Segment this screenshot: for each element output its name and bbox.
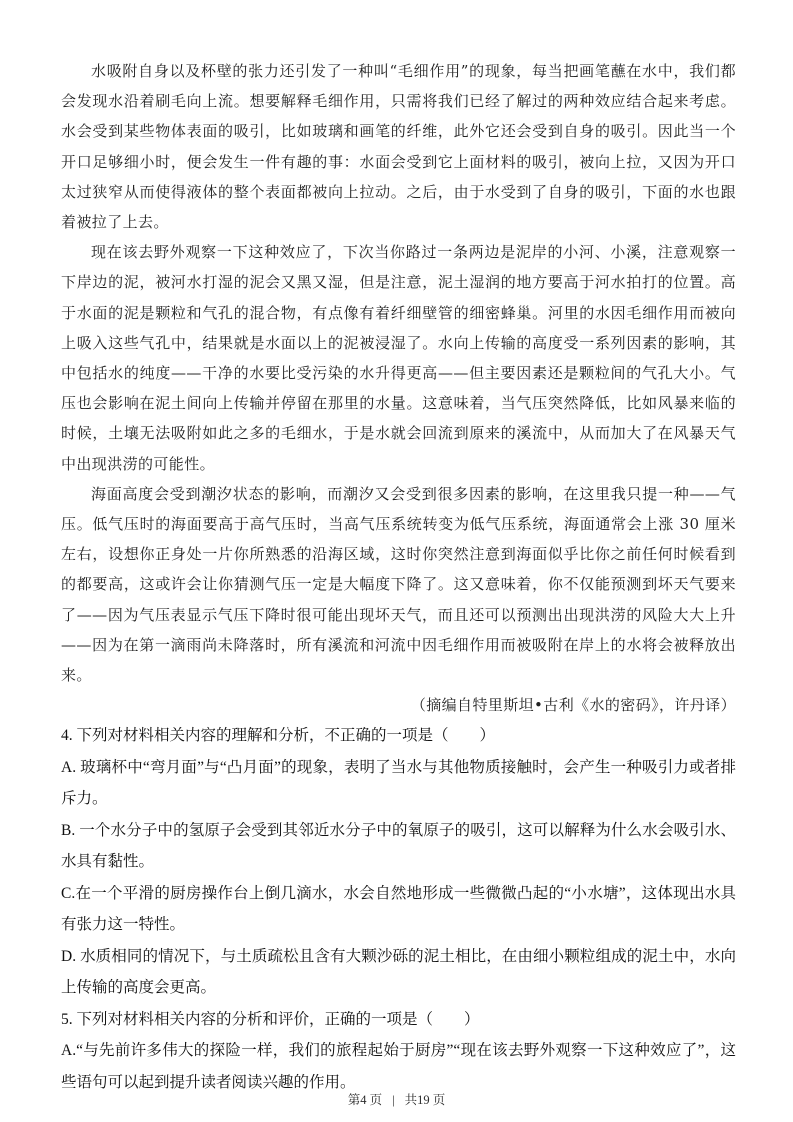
question-4-option-b: B. 一个水分子中的氢原子会受到其邻近水分子中的氧原子的吸引，这可以解释为什么水… — [61, 815, 736, 878]
passage-paragraph-3: 海面高度会受到潮汐状态的影响，而潮汐又会受到很多因素的影响，在这里我只提一种——… — [61, 479, 736, 690]
question-5-stem: 5. 下列对材料相关内容的分析和评价，正确的一项是（ ） — [61, 1004, 736, 1036]
question-4-option-a: A. 玻璃杯中“弯月面”与“凸月面”的现象，表明了当水与其他物质接触时，会产生一… — [61, 752, 736, 815]
passage-paragraph-2: 现在该去野外观察一下这种效应了，下次当你路过一条两边是泥岸的小河、小溪，注意观察… — [61, 237, 736, 479]
footer-current-page: 第4 页 — [348, 1093, 382, 1107]
questions-section: 4. 下列对材料相关内容的理解和分析，不正确的一项是（ ） A. 玻璃杯中“弯月… — [61, 720, 736, 1098]
passage-paragraph-1: 水吸附自身以及杯壁的张力还引发了一种叫“毛细作用”的现象，每当把画笔蘸在水中，我… — [61, 56, 736, 237]
footer-total-pages: 共19 页 — [405, 1093, 446, 1107]
question-4-option-d: D. 水质相同的情况下，与土质疏松且含有大颗沙砾的泥土相比，在由细小颗粒组成的泥… — [61, 941, 736, 1004]
passage-attribution: （摘编自特里斯坦•古利《水的密码》，许丹译） — [61, 690, 736, 720]
question-4-option-c: C.在一个平滑的厨房操作台上倒几滴水，水会自然地形成一些微微凸起的“小水塘”，这… — [61, 878, 736, 941]
footer-separator: | — [392, 1093, 395, 1108]
reading-passage: 水吸附自身以及杯壁的张力还引发了一种叫“毛细作用”的现象，每当把画笔蘸在水中，我… — [61, 56, 736, 690]
page-footer: 第4 页|共19 页 — [0, 1090, 793, 1108]
page-content: 水吸附自身以及杯壁的张力还引发了一种叫“毛细作用”的现象，每当把画笔蘸在水中，我… — [61, 56, 736, 1098]
exam-document-page: 水吸附自身以及杯壁的张力还引发了一种叫“毛细作用”的现象，每当把画笔蘸在水中，我… — [0, 0, 793, 1122]
question-4-stem: 4. 下列对材料相关内容的理解和分析，不正确的一项是（ ） — [61, 720, 736, 752]
